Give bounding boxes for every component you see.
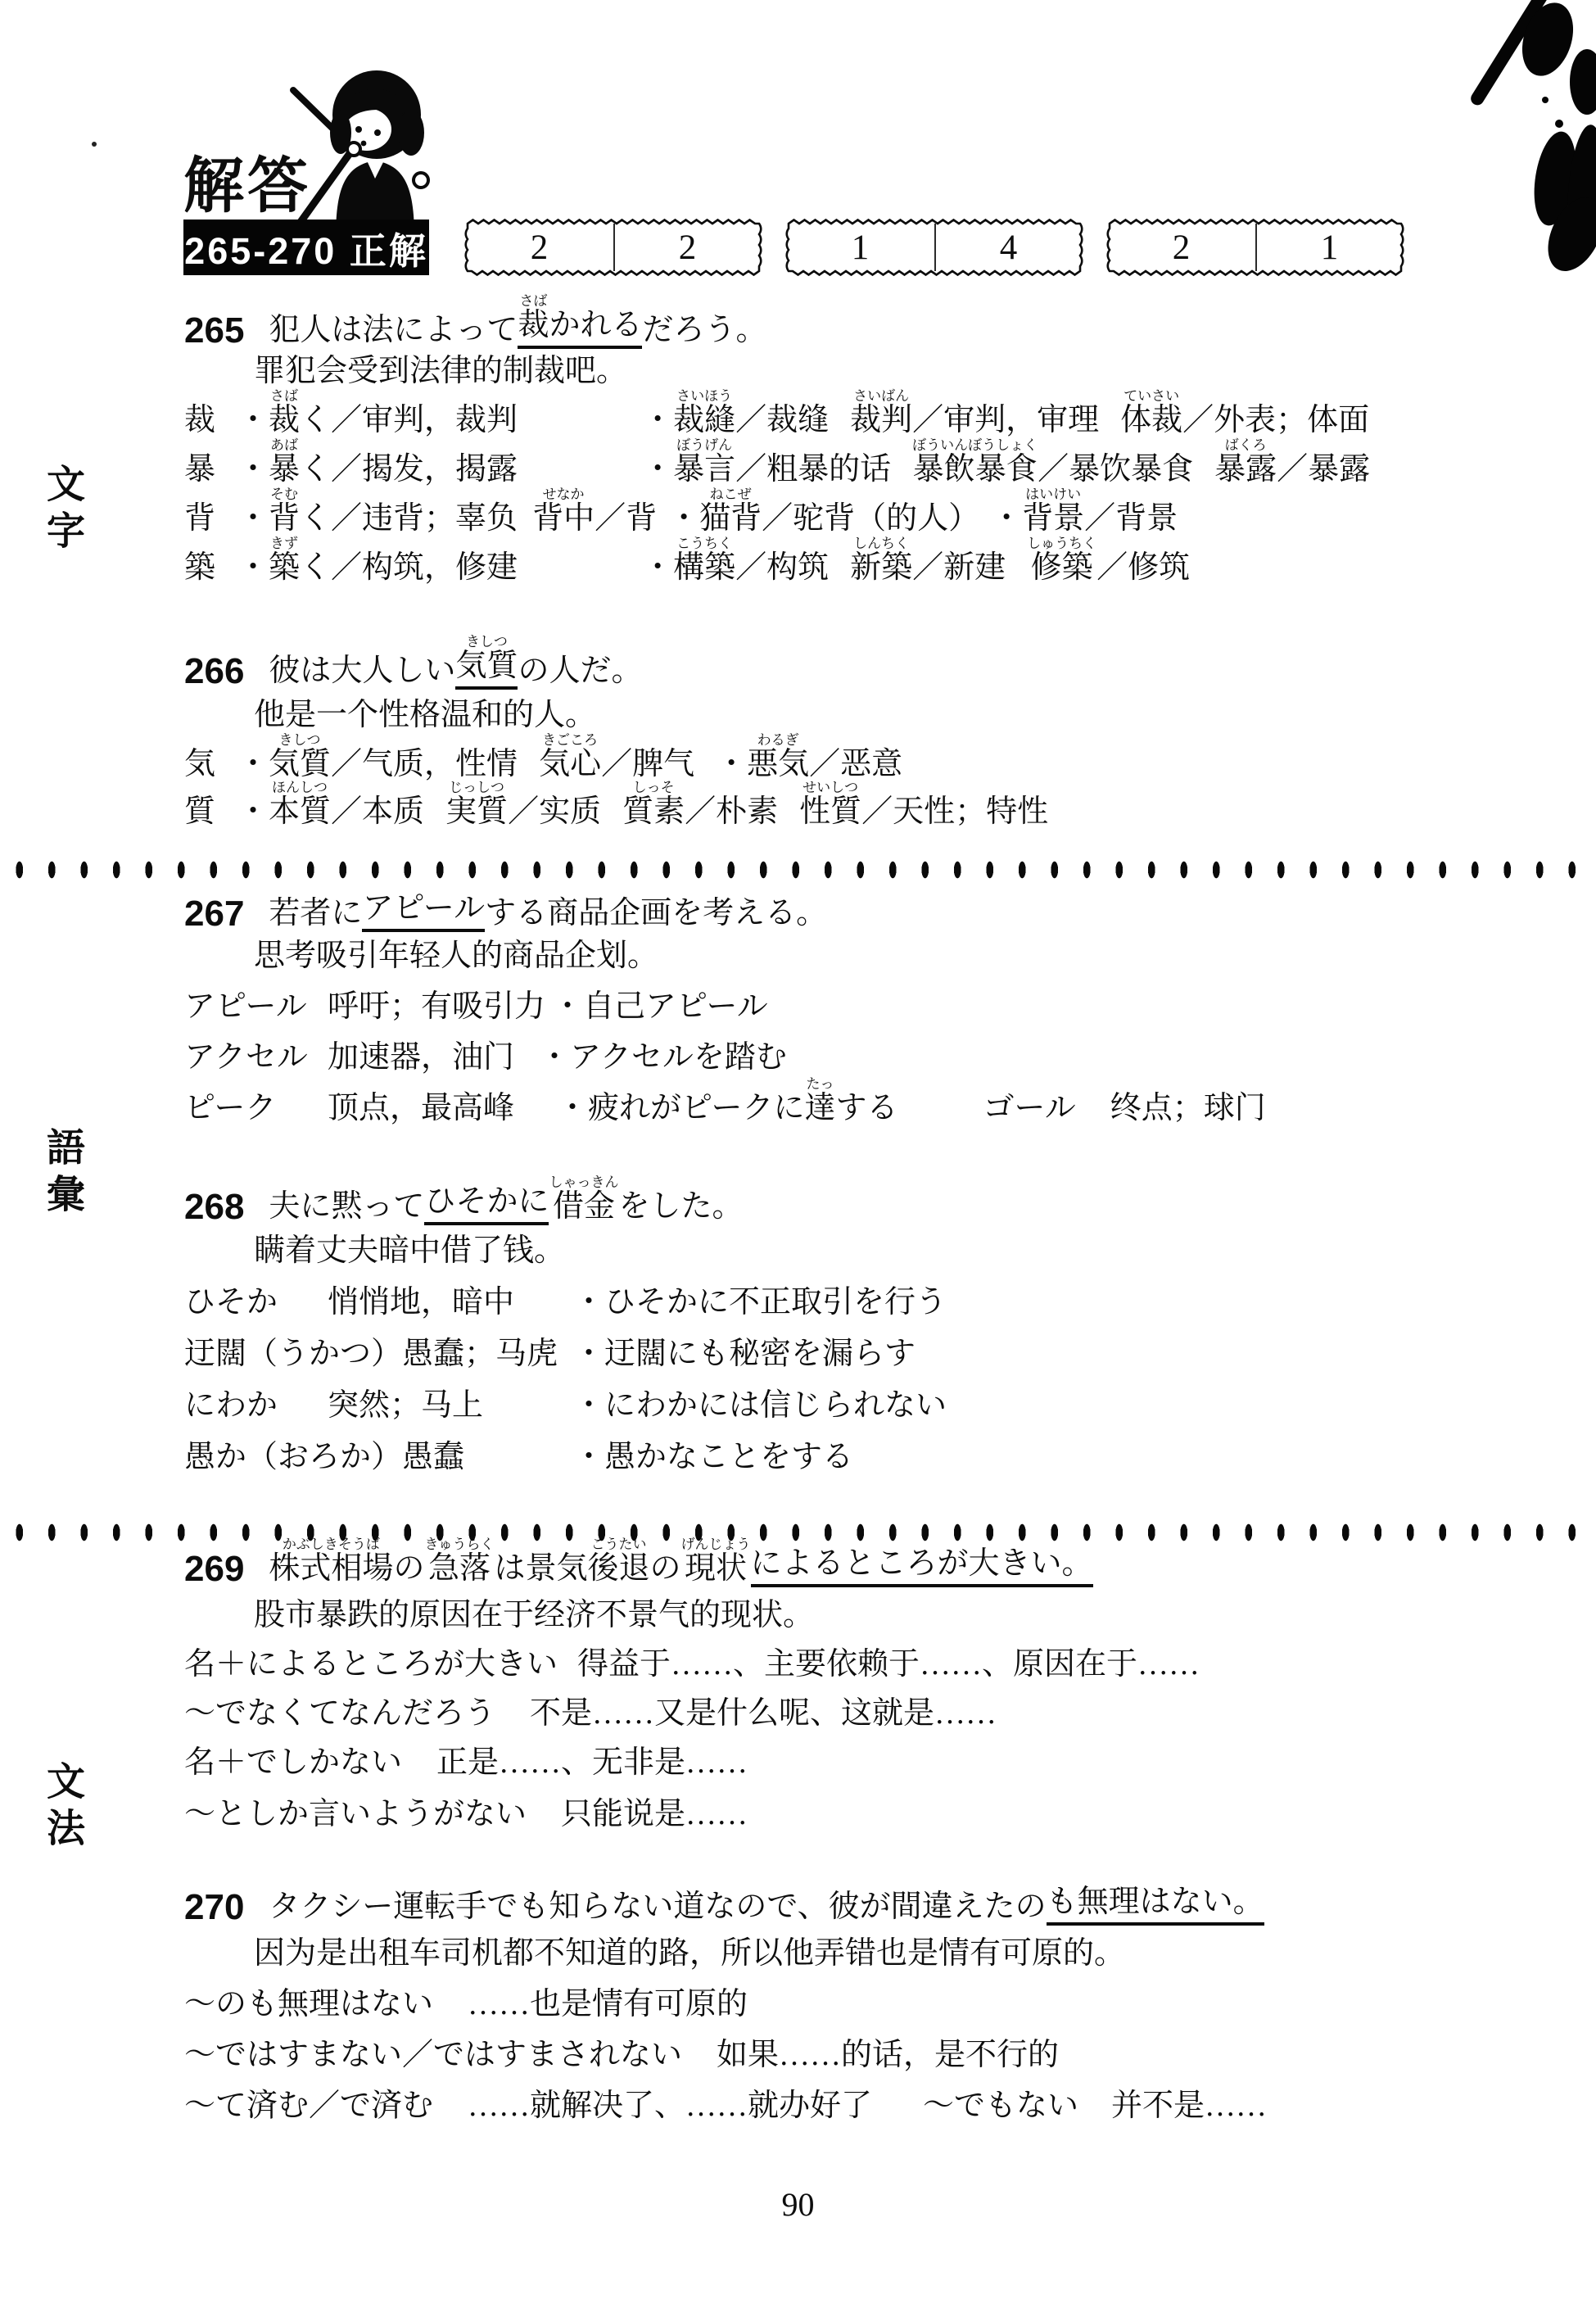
question-number: 269 xyxy=(184,1549,244,1590)
text-segment: 裁 xyxy=(184,394,215,439)
question-sentence: 269株式相場かぶしきそうばの急落きゅうらくは景気後退こうたいの現状げんじょうに… xyxy=(184,1525,1200,1587)
text-segment: 呼吁；有吸引力 xyxy=(328,980,545,1025)
text-segment: 築 xyxy=(184,541,215,586)
text-segment: ／气质，性情 xyxy=(331,738,518,783)
answer-key-label: 265-270 正解 xyxy=(183,220,429,275)
vocab-line: アピール呼吁；有吸引力・自己アピール xyxy=(184,975,1266,1025)
text-segment: 不是……又是什么呢、这就是…… xyxy=(530,1687,997,1732)
ruby-term: 裁判さいばん xyxy=(850,388,912,439)
teacher-girl-illustration xyxy=(269,64,473,244)
ruby-term: 裁さば xyxy=(269,388,300,439)
text-segment: によるところが大きい。 xyxy=(751,1537,1093,1587)
text-segment: ・ひそかに不正取引を行う xyxy=(573,1276,947,1321)
text-segment: をした。 xyxy=(618,1180,743,1225)
question-number: 270 xyxy=(184,1887,244,1928)
textbook-answer-page: 解答 265-270 正解 22 14 21 文字 語彙 文法 2 xyxy=(0,0,1596,2322)
ruby-term: 後退こうたい xyxy=(587,1537,649,1587)
text-segment: アクセル xyxy=(184,1031,328,1076)
answer-box-1: 22 xyxy=(465,218,762,277)
text-segment: く／构筑，修建 xyxy=(300,541,518,586)
question-number: 265 xyxy=(184,310,244,351)
question-sentence: 265犯人は法によって裁さばかれるだろう。 xyxy=(184,287,1370,349)
text-segment: 質 xyxy=(184,785,215,831)
wavy-border xyxy=(786,218,1083,277)
text-segment: ・自己アピール xyxy=(552,980,768,1025)
text-segment: ／裁缝 xyxy=(735,394,829,439)
text-segment: する商品企画を考える。 xyxy=(485,887,827,932)
text-segment: 因为是出租车司机都不知道的路，所以他弄错也是情有可原的。 xyxy=(254,1927,1125,1972)
text-segment: ・疲れがピークに xyxy=(557,1082,804,1127)
question-block-268: 268夫に黙ってひそかに借金しゃっきんをした。瞒着丈夫暗中借了钱。ひそか悄悄地，… xyxy=(184,1163,947,1476)
text-segment: ～ではすまない／ではすまされない xyxy=(184,2029,682,2074)
text-segment: 正是……、无非是…… xyxy=(436,1736,748,1781)
text-segment: ・ xyxy=(237,394,269,439)
ruby-term: 暴飲暴食ぼういんぼうしょく xyxy=(912,437,1038,488)
vocab-line: ひそか悄悄地，暗中・ひそかに不正取引を行う xyxy=(184,1270,947,1321)
text-segment: 终点；球门 xyxy=(1110,1082,1266,1127)
text-segment: ・ xyxy=(237,492,269,537)
text-segment: ・ xyxy=(642,443,673,488)
vocab-line: 築・築きずく／构筑，修建・構築こうちく／构筑新築しんちく／新建修築しゅうちく／修… xyxy=(184,537,1370,586)
text-segment: ／外表；体面 xyxy=(1182,394,1369,439)
text-segment: アピール xyxy=(184,980,328,1025)
text-segment: ……就解决了、……就办好了 xyxy=(468,2080,872,2125)
text-segment: ピーク xyxy=(184,1082,328,1127)
text-segment: ／背 xyxy=(595,492,657,537)
text-segment: ・ xyxy=(237,443,269,488)
page-number: 90 xyxy=(0,2185,1596,2224)
text-segment: 背 xyxy=(184,492,215,537)
question-block-266: 266彼は大人しい気質きしつの人だ。他是一个性格温和的人。気・気質きしつ／气质，… xyxy=(184,631,1048,831)
text-segment: く／违背；辜负 xyxy=(300,492,518,537)
text-segment: ／审判，审理 xyxy=(912,394,1099,439)
text-segment: ／本质 xyxy=(331,785,424,831)
text-segment: 他是一个性格温和的人。 xyxy=(254,689,596,734)
text-segment: タクシー運転手でも知らない道なので、彼が間違えたの xyxy=(269,1881,1046,1926)
text-segment: 愚か（おろか）愚蠢 xyxy=(184,1431,464,1476)
text-segment: く／审判，裁判 xyxy=(300,394,518,439)
text-segment: ／粗暴的话 xyxy=(735,443,891,488)
ruby-term: 裁縫さいほう xyxy=(673,388,735,439)
ruby-term: 気質きしつ xyxy=(269,732,331,783)
wavy-border xyxy=(1107,218,1404,277)
text-segment: ／暴露 xyxy=(1277,443,1370,488)
text-segment: ・アクセルを踏む xyxy=(539,1031,787,1076)
ruby-term: 修築しゅうちく xyxy=(1027,536,1096,586)
ruby-term: 暴言ぼうげん xyxy=(673,437,735,488)
text-segment: ～でもない xyxy=(923,2080,1078,2125)
text-segment: ／朴素 xyxy=(685,785,778,831)
text-segment: ・ xyxy=(716,738,747,783)
text-segment: 暴 xyxy=(184,443,215,488)
question-sentence: 268夫に黙ってひそかに借金しゃっきんをした。 xyxy=(184,1163,947,1225)
ruby-term: 本質ほんしつ xyxy=(269,780,331,831)
text-segment: ～としか言いようがない xyxy=(184,1788,527,1833)
text-segment: 彼は大人しい xyxy=(269,645,455,690)
text-segment: ・ xyxy=(991,492,1022,537)
text-segment: にわか xyxy=(184,1379,328,1424)
text-segment: ／新建 xyxy=(912,541,1006,586)
text-segment: 気 xyxy=(184,738,215,783)
text-segment: ・愚かなことをする xyxy=(573,1431,853,1476)
text-segment: 顶点，最高峰 xyxy=(328,1082,514,1127)
translation-line: 因为是出租车司机都不知道的路，所以他弄错也是情有可原的。 xyxy=(254,1926,1267,1972)
question-sentence: 270タクシー運転手でも知らない道なので、彼が間違えたのも無理はない。 xyxy=(184,1863,1267,1926)
text-segment: ／修筑 xyxy=(1096,541,1190,586)
ruby-term: 気質きしつ xyxy=(455,634,518,690)
text-segment: 名＋でしかない xyxy=(184,1736,402,1781)
vocab-line: 気・気質きしつ／气质，性情気心きごころ／脾气・悪気わるぎ／恶意 xyxy=(184,734,1048,783)
ruby-term: 実質じっしつ xyxy=(445,780,508,831)
text-segment: 若者に xyxy=(269,887,362,932)
ruby-term: 背景はいけい xyxy=(1022,487,1084,537)
text-segment: ……也是情有可原的 xyxy=(468,1978,748,2023)
text-segment: 瞒着丈夫暗中借了钱。 xyxy=(254,1224,565,1270)
ruby-term: 新築しんちく xyxy=(850,536,912,586)
question-block-269: 269株式相場かぶしきそうばの急落きゅうらくは景気後退こうたいの現状げんじょうに… xyxy=(184,1525,1200,1833)
vocab-line: ～でなくてなんだろう不是……又是什么呢、这就是…… xyxy=(184,1683,1200,1732)
ruby-term: 悪気わるぎ xyxy=(747,732,809,783)
ruby-term: 暴あば xyxy=(269,437,300,488)
ruby-term: 背中せなか xyxy=(532,487,595,537)
answer-key-row: 265-270 正解 22 14 21 xyxy=(0,218,1596,277)
text-segment: 名＋によるところが大きい xyxy=(184,1638,558,1683)
text-segment: 并不是…… xyxy=(1111,2080,1267,2125)
vocab-line: 迂闊（うかつ）愚蠢；马虎・迂闊にも秘密を漏らす xyxy=(184,1321,947,1373)
text-segment: アピール xyxy=(362,882,485,932)
text-segment: ひそかに xyxy=(424,1175,549,1225)
text-segment: ～て済む／で済む xyxy=(184,2080,433,2125)
wavy-border xyxy=(465,218,762,277)
text-segment: ・ xyxy=(237,738,269,783)
vocab-line: 名＋でしかない正是……、无非是…… xyxy=(184,1732,1200,1781)
text-segment: ・ xyxy=(668,492,699,537)
translation-line: 他是一个性格温和的人。 xyxy=(254,690,1048,734)
ruby-term: 質素しっそ xyxy=(622,780,685,831)
vocab-line: 暴・暴あばく／揭发，揭露・暴言ぼうげん／粗暴的话暴飲暴食ぼういんぼうしょく／暴饮… xyxy=(184,439,1370,488)
question-block-270: 270タクシー運転手でも知らない道なので、彼が間違えたのも無理はない。因为是出租… xyxy=(184,1863,1267,2125)
text-segment: 罪犯会受到法律的制裁吧。 xyxy=(254,345,627,390)
ruby-term: 体裁ていさい xyxy=(1120,388,1182,439)
vocab-line: 名＋によるところが大きい得益于……、主要依赖于……、原因在于…… xyxy=(184,1634,1200,1683)
text-segment: ／驼背（的人） xyxy=(762,492,979,537)
text-segment: ／恶意 xyxy=(809,738,902,783)
text-segment: ／背景 xyxy=(1084,492,1178,537)
question-block-267: 267若者にアピールする商品企画を考える。思考吸引年轻人的商品企划。アピール呼吁… xyxy=(184,870,1266,1127)
ruby-term: 達たっ xyxy=(805,1076,836,1127)
text-segment: ～のも無理はない xyxy=(184,1978,433,2023)
question-number: 266 xyxy=(184,651,244,692)
text-segment: 突然；马上 xyxy=(328,1379,483,1424)
ruby-term: 急落きゅうらく xyxy=(424,1537,494,1587)
text-segment: ゴール xyxy=(983,1082,1076,1127)
answer-box-3: 21 xyxy=(1107,218,1404,277)
ruby-term: 裁さば xyxy=(518,293,549,349)
ruby-term: 暴露ばくろ xyxy=(1214,437,1277,488)
ruby-term: 現状げんじょう xyxy=(681,1537,751,1587)
ruby-term: 猫背ねこぜ xyxy=(699,487,762,537)
vocab-line: 質・本質ほんしつ／本质実質じっしつ／实质質素しっそ／朴素性質せいしつ／天性；特性 xyxy=(184,783,1048,831)
vocab-line: ピーク顶点，最高峰・疲れがピークに達たっするゴール终点；球门 xyxy=(184,1076,1266,1127)
question-number: 267 xyxy=(184,894,244,935)
vocab-line: アクセル加速器，油门・アクセルを踏む xyxy=(184,1025,1266,1076)
translation-line: 罪犯会受到法律的制裁吧。 xyxy=(254,349,1370,390)
translation-line: 思考吸引年轻人的商品企划。 xyxy=(254,932,1266,975)
sidebar-section-moji: 文字 xyxy=(36,464,91,557)
text-segment: 夫に黙って xyxy=(269,1180,424,1225)
text-segment: の xyxy=(393,1542,424,1587)
answer-box-2: 14 xyxy=(786,218,1083,277)
text-segment: 犯人は法によって xyxy=(269,304,518,349)
ruby-term: 借金しゃっきん xyxy=(549,1175,618,1225)
translation-line: 股市暴跌的原因在于经济不景气的现状。 xyxy=(254,1587,1200,1634)
scan-speck xyxy=(92,142,97,147)
text-segment: ／构筑 xyxy=(735,541,829,586)
ruby-term: 気心きごころ xyxy=(539,732,601,783)
vocab-line: 背・背そむく／违背；辜负背中せなか／背・猫背ねこぜ／驼背（的人）・背景はいけい／… xyxy=(184,488,1370,537)
text-segment: ひそか xyxy=(184,1276,328,1321)
text-segment: 如果……的话，是不行的 xyxy=(717,2029,1059,2074)
sidebar-section-goi: 語彙 xyxy=(36,1127,91,1220)
text-segment: 加速器，油门 xyxy=(328,1031,514,1076)
question-sentence: 267若者にアピールする商品企画を考える。 xyxy=(184,870,1266,932)
text-segment: ／实质 xyxy=(508,785,601,831)
text-segment: ・ xyxy=(642,541,673,586)
translation-line: 瞒着丈夫暗中借了钱。 xyxy=(254,1225,947,1270)
text-segment: ・ xyxy=(237,541,269,586)
text-segment: ／脾气 xyxy=(601,738,694,783)
vocab-line: 愚か（おろか）愚蠢・愚かなことをする xyxy=(184,1424,947,1476)
text-segment: ～でなくてなんだろう xyxy=(184,1687,495,1732)
vocab-line: ～て済む／で済む……就解决了、……就办好了～でもない并不是…… xyxy=(184,2074,1267,2125)
sidebar-section-bunpo: 文法 xyxy=(36,1761,91,1854)
text-segment: は景気 xyxy=(494,1542,587,1587)
question-sentence: 266彼は大人しい気質きしつの人だ。 xyxy=(184,631,1048,690)
ruby-term: 構築こうちく xyxy=(673,536,735,586)
text-segment: ・ xyxy=(237,785,269,831)
text-segment: かれる xyxy=(549,299,642,349)
text-segment: 只能说是…… xyxy=(561,1788,748,1833)
text-segment: く／揭发，揭露 xyxy=(300,443,518,488)
ruby-term: 株式相場かぶしきそうば xyxy=(269,1537,393,1587)
text-segment: 股市暴跌的原因在于经济不景气的现状。 xyxy=(254,1589,814,1634)
text-segment: だろう。 xyxy=(642,304,766,349)
text-segment: ・ xyxy=(642,394,673,439)
vocab-line: ～ではすまない／ではすまされない如果……的话，是不行的 xyxy=(184,2023,1267,2074)
question-number: 268 xyxy=(184,1187,244,1228)
text-segment: の xyxy=(649,1542,680,1587)
text-segment: ・迂闊にも秘密を漏らす xyxy=(573,1328,916,1373)
vocab-line: ～としか言いようがない只能说是…… xyxy=(184,1781,1200,1833)
text-segment: ・にわかには信じられない xyxy=(573,1379,947,1424)
vocab-line: ～のも無理はない……也是情有可原的 xyxy=(184,1972,1267,2023)
ink-smudge xyxy=(1490,0,1596,295)
text-segment: する xyxy=(836,1082,898,1127)
vocab-line: にわか突然；马上・にわかには信じられない xyxy=(184,1373,947,1424)
question-block-265: 265犯人は法によって裁さばかれるだろう。罪犯会受到法律的制裁吧。裁・裁さばく／… xyxy=(184,287,1370,586)
text-segment: も無理はない。 xyxy=(1047,1876,1264,1926)
vocab-line: 裁・裁さばく／审判，裁判・裁縫さいほう／裁缝裁判さいばん／审判，审理体裁ていさい… xyxy=(184,390,1370,439)
text-segment: 思考吸引年轻人的商品企划。 xyxy=(254,930,658,975)
text-segment: ／天性；特性 xyxy=(861,785,1048,831)
text-segment: の人だ。 xyxy=(518,645,642,690)
text-segment: 悄悄地，暗中 xyxy=(328,1276,514,1321)
ruby-term: 背そむ xyxy=(269,487,300,537)
text-segment: 得益于……、主要依赖于……、原因在于…… xyxy=(577,1638,1200,1683)
ruby-term: 築きず xyxy=(269,536,300,586)
ruby-term: 性質せいしつ xyxy=(799,780,861,831)
text-segment: 迂闊（うかつ）愚蠢；马虎 xyxy=(184,1328,558,1373)
text-segment: ／暴饮暴食 xyxy=(1038,443,1193,488)
